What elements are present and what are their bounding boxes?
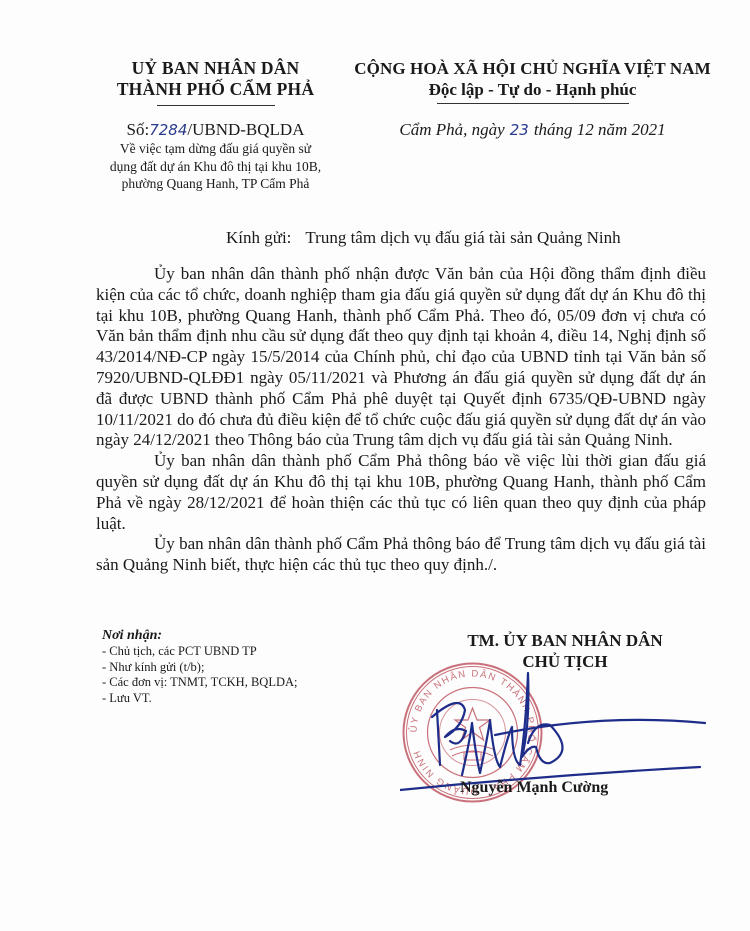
signer-authority: TM. ỦY BAN NHÂN DÂN: [420, 630, 710, 651]
recipient-item: - Như kính gửi (t/b);: [102, 660, 372, 676]
national-motto: Độc lập - Tự do - Hạnh phúc: [340, 79, 725, 100]
recipient-item: - Chủ tịch, các PCT UBND TP: [102, 644, 372, 660]
addressee-line: Kính gửi: Trung tâm dịch vụ đấu giá tài …: [226, 228, 621, 248]
recipients-block: Nơi nhận: - Chủ tịch, các PCT UBND TP - …: [102, 627, 372, 706]
national-header-block: CỘNG HOÀ XÃ HỘI CHỦ NGHĨA VIỆT NAM Độc l…: [340, 58, 725, 140]
body-paragraph: Ủy ban nhân dân thành phố nhận được Văn …: [96, 264, 706, 451]
recipients-title: Nơi nhận:: [102, 627, 372, 644]
handwritten-day: 23: [510, 121, 529, 139]
recipient-item: - Các đơn vị: TNMT, TCKH, BQLDA;: [102, 675, 372, 691]
body-paragraph: Ủy ban nhân dân thành phố Cẩm Phả thông …: [96, 451, 706, 534]
recipient-item: - Lưu VT.: [102, 691, 372, 707]
header-divider-right: [437, 103, 629, 104]
document-number: Số:7284/UBND-BQLDA: [88, 120, 343, 140]
org-name-line2: THÀNH PHỐ CẨM PHẢ: [88, 79, 343, 100]
issuing-authority-block: UỶ BAN NHÂN DÂN THÀNH PHỐ CẨM PHẢ Số:728…: [88, 58, 343, 193]
nation-title: CỘNG HOÀ XÃ HỘI CHỦ NGHĨA VIỆT NAM: [340, 58, 725, 79]
addressee-label: Kính gửi:: [226, 228, 291, 247]
document-subject: Về việc tạm dừng đấu giá quyền sử dụng đ…: [88, 140, 343, 193]
body-paragraph: Ủy ban nhân dân thành phố Cẩm Phả thông …: [96, 534, 706, 576]
handwritten-doc-number: 7284: [149, 121, 187, 139]
addressee-name: Trung tâm dịch vụ đấu giá tài sản Quảng …: [305, 228, 620, 247]
header-divider-left: [157, 105, 275, 106]
org-name-line1: UỶ BAN NHÂN DÂN: [88, 58, 343, 79]
place-date-line: Cẩm Phả, ngày23tháng 12 năm 2021: [340, 120, 725, 140]
letter-body: Ủy ban nhân dân thành phố nhận được Văn …: [96, 264, 706, 576]
signer-name: Nguyễn Mạnh Cường: [460, 779, 608, 797]
